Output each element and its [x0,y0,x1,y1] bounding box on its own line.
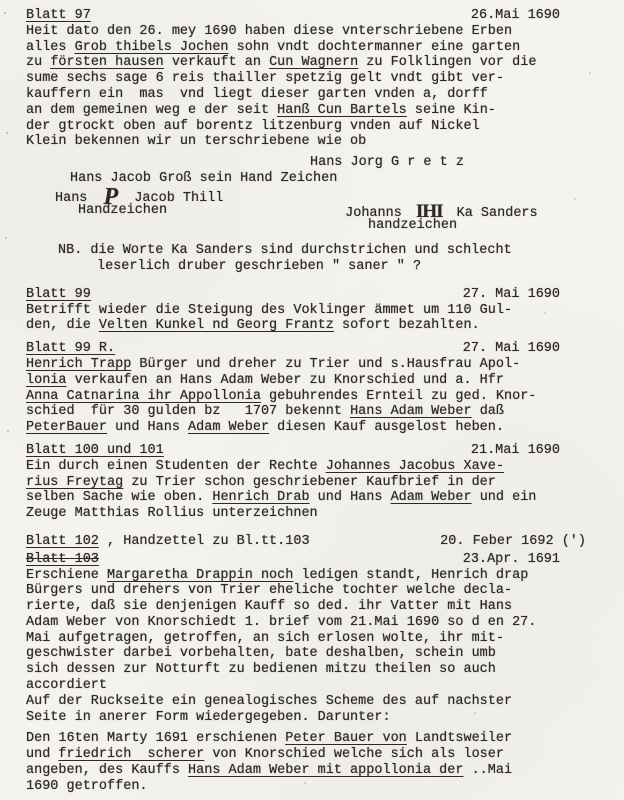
text-line: Klein bekennen wir un terschriebene wie … [26,134,612,150]
entry-heading-row: Blatt 99 27. Mai 1690 [26,287,612,303]
text-line: kauffern ein mas vnd liegt dieser garten… [26,87,612,103]
text-segment: und ein [472,490,537,505]
text-line: accordiert [26,678,612,694]
text-segment: Erschiene [26,568,107,583]
entry-body: Betrifft wieder die Steigung des Vokling… [26,303,612,335]
text-line: rius Freytag zu Trier schon geschriebene… [26,475,612,491]
entry-heading: Blatt 99 R. [26,341,115,357]
entry-heading: Blatt 103 [26,552,99,568]
text-segment: försten hausen [50,55,163,70]
text-line: Den 16ten Marty 1691 erschienen Peter Ba… [26,731,612,747]
text-line: zu försten hausen verkauft an Cun Wagner… [26,55,612,71]
text-segment: Hanß Cun Bartels [277,103,407,118]
entry-heading: Blatt 102 [26,534,99,550]
text-line: schied für 30 gulden bz 1707 bekennt Han… [26,404,612,420]
text-segment: 1690 getroffen. [26,779,148,794]
text-segment: von Knorschied welche sich als loser [204,747,504,762]
entry-heading: Blatt 97 [26,8,91,24]
text-segment: Landtsweiler [407,731,512,746]
text-segment: geschwister darbei vorbehalten, bate des… [26,646,496,661]
entry-blatt-100-101: Blatt 100 und 101 21.Mai 1690 Ein durch … [26,443,612,522]
text-segment: Hans Adam Weber mit appollonia der [188,763,463,778]
text-segment: den, die [26,318,99,333]
text-segment: Bürger und dreher zu Trier und s.Hausfra… [131,357,520,372]
text-line: Zeuge Matthias Rollius unterzeichnen [26,506,612,522]
text-segment: sume sechs sage 6 reis thailler spetzig … [26,71,504,86]
text-segment: rius Freytag [26,475,123,490]
entry-date: 20. Feber 1692 (') [440,534,586,550]
text-segment: diesen Kauf ausgelost heben. [269,420,504,435]
document-page: Blatt 97 26.Mai 1690 Heit dato den 26. m… [0,0,624,800]
entry-blatt-97: Blatt 97 26.Mai 1690 Heit dato den 26. m… [26,8,612,275]
entry-blatt-102: Blatt 102 , Handzettel zu Bl.tt.103 20. … [26,534,612,550]
text-segment: ..Mai [463,763,512,778]
text-line: und friedrich scherer von Knorschied wel… [26,747,612,763]
text-segment: daß [472,404,504,419]
text-line: Seite in anerer Form wiedergegeben. Daru… [26,710,612,726]
entry-heading: Blatt 100 und 101 [26,443,164,459]
signature-sanders-name-2: Ka Sanders [449,206,538,221]
text-segment: Seite in anerer Form wiedergegeben. Daru… [26,710,391,725]
text-segment: Zeuge Matthias Rollius unterzeichnen [26,506,318,521]
entry-date: 23.Apr. 1691 [463,552,560,568]
nb-note: NB. die Worte Ka Sanders sind durchstric… [26,243,612,275]
text-segment: Velten Kunkel nd Georg Frantz [99,318,334,333]
text-line: Heit dato den 26. mey 1690 haben diese v… [26,24,612,40]
entry-date: 27. Mai 1690 [463,341,560,357]
text-segment: Adam Weber [391,490,472,505]
text-segment: Ein durch einen Studenten der Rechte [26,459,326,474]
text-line: Anna Catnarina ihr Appollonia gebuhrende… [26,389,612,405]
thill-handmark-icon: P [96,184,127,210]
text-segment: Klein bekennen wir un terschriebene wie … [26,134,366,149]
text-line: den, die Velten Kunkel nd Georg Frantz s… [26,318,612,334]
entry-heading-row: Blatt 99 R. 27. Mai 1690 [26,341,612,357]
text-segment: sich dessen zur Notturft zu bedienen mit… [26,662,496,677]
text-segment: zu [26,55,50,70]
text-segment: Adam Weber [188,420,269,435]
text-line: Adam Weber von Knorschiedt 1. brief vom … [26,615,612,631]
text-segment: der gtrockt oben auf borentz litzenburg … [26,119,480,134]
text-line: Henrich Trapp Bürger und dreher zu Trier… [26,357,612,373]
signature-gretz: Hans Jorg G r e t z [310,155,612,171]
text-line: rierte, daß sie denjenigen Kauff so ded.… [26,599,612,615]
text-segment: kauffern ein mas vnd liegt dieser garten… [26,87,488,102]
entry-heading: Blatt 99 [26,287,91,303]
text-line: 1690 getroffen. [26,779,612,795]
text-segment: Auf der Ruckseite ein genealogisches Sch… [26,694,512,709]
text-line: selben Sache wie oben. Henrich Drab und … [26,490,612,506]
text-segment: rierte, daß sie denjenigen Kauff so ded.… [26,599,512,614]
text-segment: und [26,747,58,762]
sanders-handmark-icon: IHI [410,201,449,222]
text-segment: und Hans [107,420,188,435]
text-segment: lonia [26,373,67,388]
text-segment: zu Folklingen vor die [358,55,536,70]
text-segment: Betrifft wieder die Steigung des Vokling… [26,303,512,318]
entry-body: Heit dato den 26. mey 1690 haben diese v… [26,24,612,150]
text-segment: Johannes Jacobus Xave- [326,459,504,474]
text-line: lonia verkaufen an Hans Adam Weber zu Kn… [26,373,612,389]
text-segment: und Hans [310,490,391,505]
text-segment: Peter Bauer von [285,731,407,746]
text-segment: accordiert [26,678,107,693]
text-segment: seine Kin- [407,103,496,118]
entry-date: 26.Mai 1690 [471,8,560,24]
entry-heading-row: Blatt 103 23.Apr. 1691 [26,552,612,568]
entry-body: Erschiene Margaretha Drappin noch ledige… [26,568,612,694]
text-segment: zu Trier schon geschriebener Kaufbrief i… [123,475,496,490]
entry-blatt-99r: Blatt 99 R. 27. Mai 1690 Henrich Trapp B… [26,341,612,436]
nb-note-line: NB. die Worte Ka Sanders sind durchstric… [58,243,612,259]
entry-blatt-99: Blatt 99 27. Mai 1690 Betrifft wieder di… [26,287,612,334]
text-line: Ein durch einen Studenten der Rechte Joh… [26,459,612,475]
entry-heading-row: Blatt 100 und 101 21.Mai 1690 [26,443,612,459]
text-segment: schied für 30 gulden bz 1707 bekennt [26,404,350,419]
text-line: Betrifft wieder die Steigung des Vokling… [26,303,612,319]
entry-heading-row: Blatt 97 26.Mai 1690 [26,8,612,24]
text-segment: Den 16ten Marty 1691 erschienen [26,731,285,746]
signature-block: Hans Jorg G r e t z Hans Jacob Groß sein… [26,155,612,234]
text-line: alles Grob thibels Jochen sohn vndt doch… [26,40,612,56]
entry-body: Ein durch einen Studenten der Rechte Joh… [26,459,612,522]
text-segment: Hans Adam Weber [350,404,472,419]
text-segment: ledigen standt, Henrich drap [293,568,528,583]
text-line: Bürgers und drehers von Trier eheliche t… [26,583,612,599]
text-segment: Henrich Drab [212,490,309,505]
text-segment: Grob thibels Jochen [75,40,229,55]
text-segment: an dem gemeinen weg e der seit [26,103,277,118]
entry-body: Henrich Trapp Bürger und dreher zu Trier… [26,357,612,436]
text-segment: Mai aufgetragen, getroffen, an sich erlo… [26,631,504,646]
text-line: der gtrockt oben auf borentz litzenburg … [26,119,612,135]
text-line: sume sechs sage 6 reis thailler spetzig … [26,71,612,87]
signature-thill: Hans P Jacob Thill [55,187,612,203]
text-line: Erschiene Margaretha Drappin noch ledige… [26,568,612,584]
text-segment: PeterBauer [26,420,107,435]
entry-blatt-103: Blatt 103 23.Apr. 1691 Erschiene Margare… [26,552,612,795]
text-segment: angeben, des Kauffs [26,763,188,778]
text-line: PeterBauer und Hans Adam Weber diesen Ka… [26,420,612,436]
text-segment: Bürgers und drehers von Trier eheliche t… [26,583,512,598]
text-segment: Heit dato den 26. mey 1690 haben diese v… [26,24,512,39]
text-segment: Margaretha Drappin noch [107,568,293,583]
entry-note: Auf der Ruckseite ein genealogisches Sch… [26,694,612,726]
signature-gross: Hans Jacob Groß sein Hand Zeichen [70,171,612,187]
text-line: Auf der Ruckseite ein genealogisches Sch… [26,694,612,710]
text-segment: Henrich Trapp [26,357,131,372]
text-line: sich dessen zur Notturft zu bedienen mit… [26,662,612,678]
entry-heading-row: Blatt 102 , Handzettel zu Bl.tt.103 20. … [26,534,612,550]
entry-heading-suffix: , Handzettel zu Bl.tt.103 [99,534,310,550]
text-segment: alles [26,40,75,55]
entry-date: 21.Mai 1690 [471,443,560,459]
text-line: geschwister darbei vorbehalten, bate des… [26,646,612,662]
text-line: angeben, des Kauffs Hans Adam Weber mit … [26,763,612,779]
text-segment: verkaufen an Hans Adam Weber zu Knorschi… [67,373,504,388]
signature-sanders: Johanns IHI Ka Sanders [345,203,538,219]
text-line: an dem gemeinen weg e der seit Hanß Cun … [26,103,612,119]
text-segment: sofort bezahlten. [334,318,480,333]
text-segment: Cun Wagnern [269,55,358,70]
text-segment: verkauft an [164,55,269,70]
text-segment: selben Sache wie oben. [26,490,212,505]
entry-addendum: Den 16ten Marty 1691 erschienen Peter Ba… [26,731,612,794]
text-segment: gebuhrendes Ernteil zu ged. Knor- [261,389,536,404]
entry-date: 27. Mai 1690 [463,287,560,303]
text-line: Mai aufgetragen, getroffen, an sich erlo… [26,631,612,647]
text-segment: sohn vndt dochtermanner eine garten [229,40,521,55]
nb-note-line: leserlich druber geschrieben " saner " ? [97,259,612,275]
text-segment: Anna Catnarina ihr Appollonia [26,389,261,404]
text-segment: friedrich scherer [58,747,204,762]
text-segment: Adam Weber von Knorschiedt 1. brief vom … [26,615,536,630]
